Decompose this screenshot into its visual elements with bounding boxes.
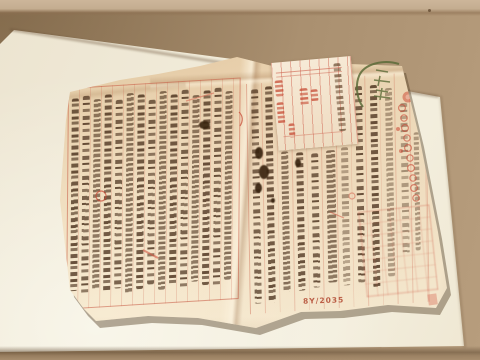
slip-red-characters [288, 123, 295, 137]
handwritten-text-column [341, 147, 350, 286]
handwritten-text-column [213, 88, 222, 289]
slip-red-characters [310, 89, 318, 102]
handwritten-text-column [125, 93, 134, 294]
handwritten-text-column [251, 89, 262, 304]
ink-blotch [259, 165, 269, 179]
handwritten-text-column [92, 99, 101, 290]
handwritten-text-column [202, 90, 211, 285]
handwritten-text-column [311, 153, 320, 288]
accession-number-stamp: 8Y/2035 [303, 295, 345, 305]
handwritten-text-column [224, 91, 233, 280]
handwritten-text-column [70, 98, 79, 291]
museum-photo: 8Y/2035 [0, 0, 480, 360]
slip-red-stamp [275, 80, 284, 97]
handwritten-text-column [281, 151, 290, 292]
handwritten-text-column [326, 150, 337, 283]
display-shelf-shadow [0, 346, 480, 360]
ink-blotch [255, 147, 263, 159]
pasted-slip [271, 56, 358, 151]
handwritten-text-column [180, 90, 189, 291]
handwritten-text-column [103, 94, 112, 293]
left-page-grid [66, 77, 241, 309]
faded-red-form-stamp [358, 204, 439, 297]
handwritten-text-column [169, 94, 178, 285]
handwritten-text-column [265, 86, 276, 303]
handwritten-text-column [81, 96, 90, 297]
dust-speck [428, 9, 431, 12]
slip-red-characters [299, 88, 309, 107]
handwritten-text-column [296, 152, 305, 291]
handwritten-text-column [147, 100, 156, 285]
ink-blotch [295, 159, 301, 167]
handwritten-text-column [158, 91, 167, 290]
ink-blotch [255, 183, 262, 193]
ink-blotch [199, 121, 210, 129]
wall-top-edge [0, 0, 480, 16]
ink-blotch [271, 198, 275, 203]
handwritten-text-column [136, 94, 145, 289]
handwritten-text-column [114, 100, 123, 289]
